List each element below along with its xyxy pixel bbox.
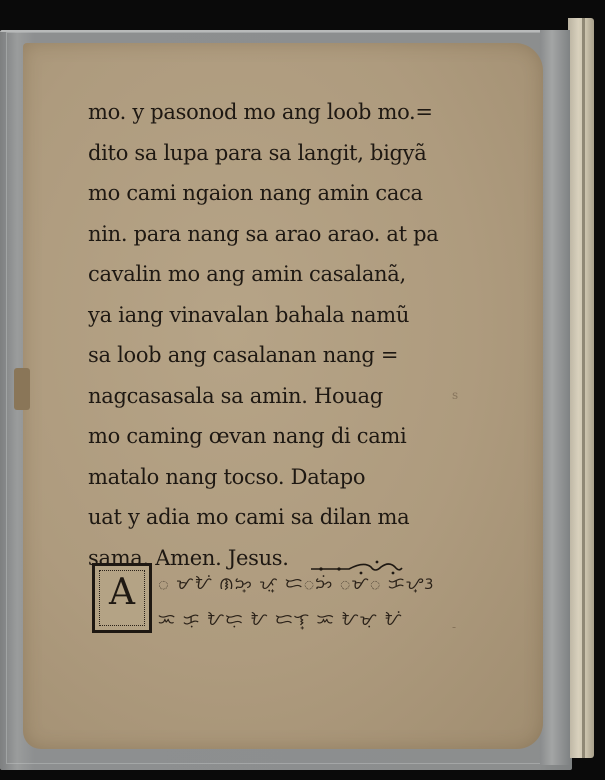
text-line: uat y adia mo cami sa dilan ma	[88, 497, 478, 538]
initial-letter: A	[95, 572, 149, 613]
text-line: mo. y pasonod mo ang loob mo.=	[88, 92, 478, 133]
bleed-through-mark: -	[452, 620, 456, 634]
text-line: mo cami ngaion nang amin caca	[88, 173, 478, 214]
text-line: nin. para nang sa arao arao. at pa	[88, 214, 478, 255]
baybayin-section: A ᜀ ᜋᜀᜒ ᜈᜅ᜔ ᜉᜓ᜔ ᜇᜀᜅᜒ ᜀᜋᜀ ᜃᜌ᜔ᜂ ᜁ ᜃᜓ ᜀᜇᜓ ᜀ…	[92, 563, 472, 638]
baybayin-line: ᜀ ᜋᜀᜒ ᜈᜅ᜔ ᜉᜓ᜔ ᜇᜀᜅᜒ ᜀᜋᜀ ᜃᜌ᜔ᜂ	[158, 571, 434, 598]
text-line: ya iang vinavalan bahala namũ	[88, 295, 478, 336]
bleed-through-mark: s	[452, 388, 458, 402]
manuscript-text: mo. y pasonod mo ang loob mo.= dito sa l…	[88, 92, 478, 578]
text-line: matalo nang tocso. Datapo	[88, 457, 478, 498]
text-line: sa loob ang casalanan nang =	[88, 335, 478, 376]
baybayin-line: ᜁ ᜃᜓ ᜀᜇᜓ ᜀ ᜇᜎ᜔ ᜁ ᜀᜋᜓ ᜀᜒ	[158, 607, 403, 630]
page-tab-notch	[14, 368, 30, 410]
text-line: mo caming œvan nang di cami	[88, 416, 478, 457]
sleeve-right-fold	[540, 30, 570, 765]
text-line: nagcasasala sa amin. Houag	[88, 376, 478, 417]
decorated-initial: A	[92, 563, 152, 633]
text-line: dito sa lupa para sa langit, bigyã	[88, 133, 478, 174]
text-line: cavalin mo ang amin casalanã,	[88, 254, 478, 295]
book-page-edges	[568, 18, 594, 758]
